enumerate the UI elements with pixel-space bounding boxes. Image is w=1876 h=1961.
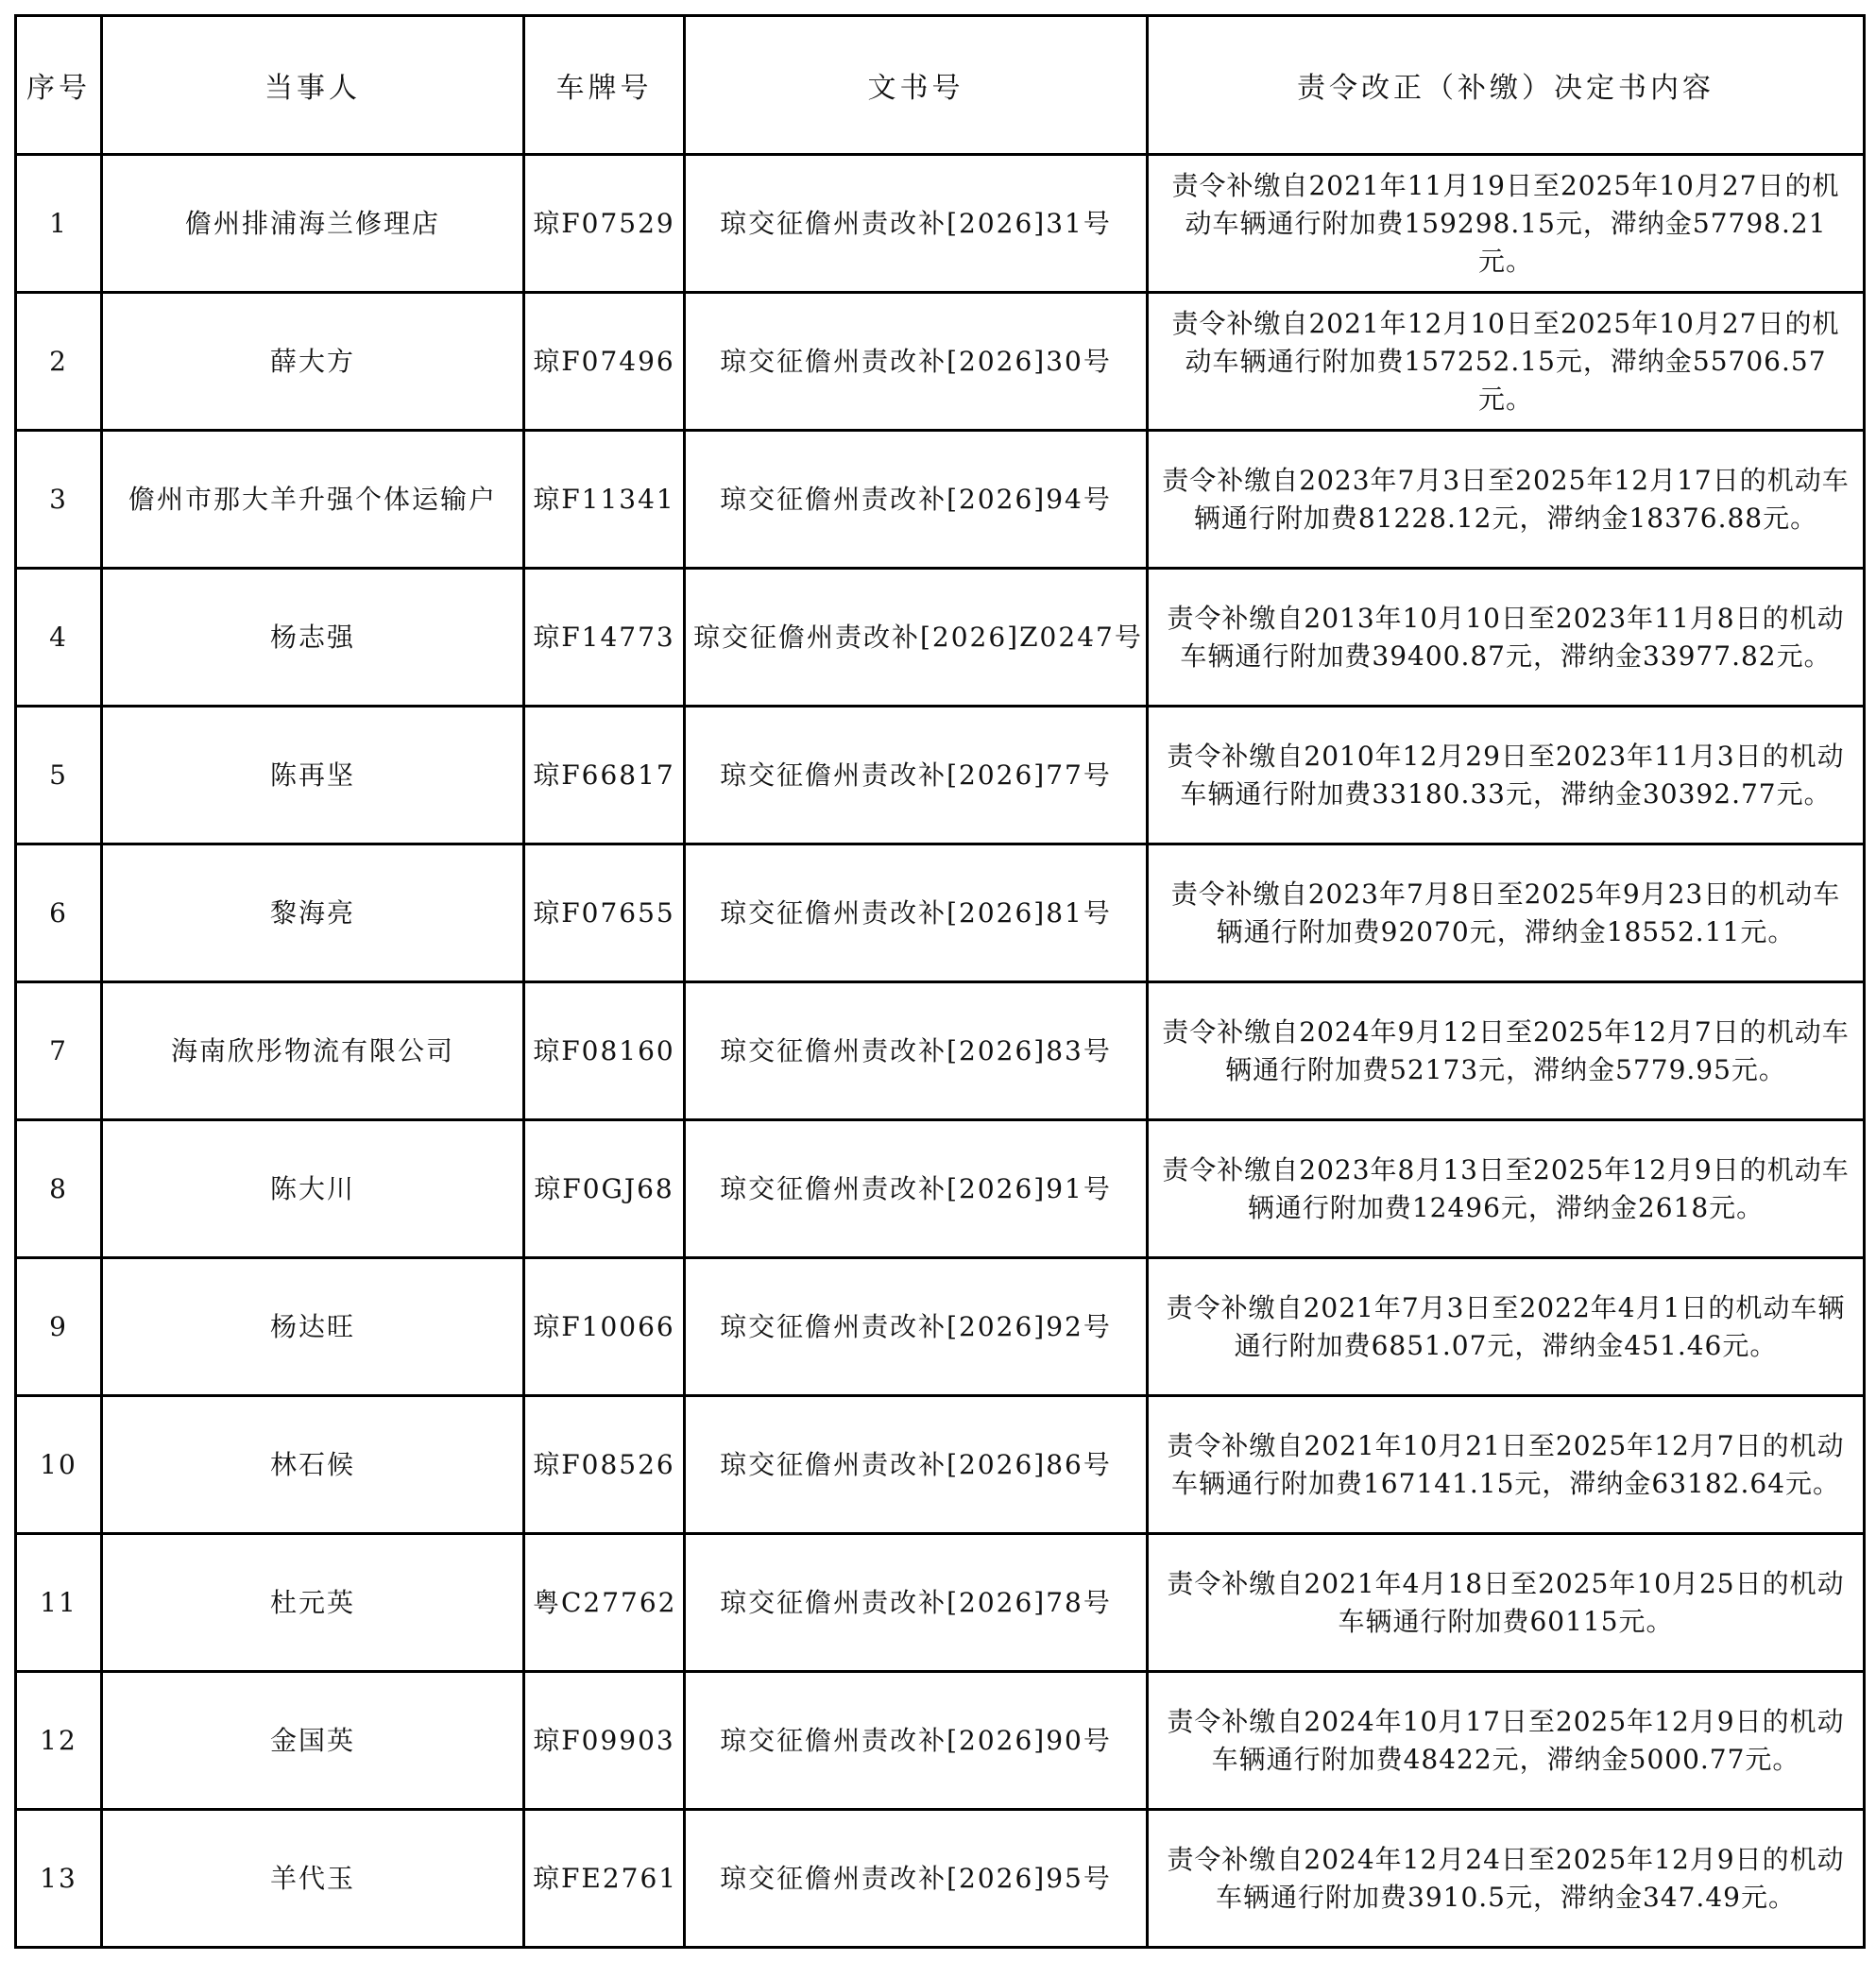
table-row: 5 陈再坚 琼F66817 琼交征儋州责改补[2026]77号 责令补缴自201…	[16, 707, 1865, 844]
cell-plate: 琼F11341	[524, 431, 685, 569]
cell-party: 杨达旺	[102, 1258, 524, 1396]
table-row: 10 林石候 琼F08526 琼交征儋州责改补[2026]86号 责令补缴自20…	[16, 1396, 1865, 1534]
cell-content: 责令补缴自2021年7月3日至2022年4月1日的机动车辆通行附加费6851.0…	[1148, 1258, 1865, 1396]
cell-index: 1	[16, 155, 102, 293]
table-row: 8 陈大川 琼F0GJ68 琼交征儋州责改补[2026]91号 责令补缴自202…	[16, 1120, 1865, 1258]
table-row: 2 薛大方 琼F07496 琼交征儋州责改补[2026]30号 责令补缴自202…	[16, 293, 1865, 431]
header-content: 责令改正（补缴）决定书内容	[1148, 16, 1865, 155]
cell-plate: 琼FE2761	[524, 1810, 685, 1948]
table-row: 12 金国英 琼F09903 琼交征儋州责改补[2026]90号 责令补缴自20…	[16, 1672, 1865, 1810]
cell-plate: 琼F08160	[524, 982, 685, 1120]
cell-index: 11	[16, 1534, 102, 1672]
cell-content: 责令补缴自2023年7月8日至2025年9月23日的机动车辆通行附加费92070…	[1148, 844, 1865, 982]
cell-index: 6	[16, 844, 102, 982]
table-header: 序号 当事人 车牌号 文书号 责令改正（补缴）决定书内容	[16, 16, 1865, 155]
cell-party: 杨志强	[102, 569, 524, 707]
table-row: 7 海南欣彤物流有限公司 琼F08160 琼交征儋州责改补[2026]83号 责…	[16, 982, 1865, 1120]
table-row: 1 儋州排浦海兰修理店 琼F07529 琼交征儋州责改补[2026]31号 责令…	[16, 155, 1865, 293]
cell-doc-no: 琼交征儋州责改补[2026]91号	[685, 1120, 1148, 1258]
cell-index: 7	[16, 982, 102, 1120]
cell-index: 2	[16, 293, 102, 431]
cell-party: 金国英	[102, 1672, 524, 1810]
cell-index: 4	[16, 569, 102, 707]
cell-plate: 琼F66817	[524, 707, 685, 844]
cell-content: 责令补缴自2024年9月12日至2025年12月7日的机动车辆通行附加费5217…	[1148, 982, 1865, 1120]
cell-doc-no: 琼交征儋州责改补[2026]Z0247号	[685, 569, 1148, 707]
cell-party: 薛大方	[102, 293, 524, 431]
cell-doc-no: 琼交征儋州责改补[2026]83号	[685, 982, 1148, 1120]
cell-index: 8	[16, 1120, 102, 1258]
cell-content: 责令补缴自2021年10月21日至2025年12月7日的机动车辆通行附加费167…	[1148, 1396, 1865, 1534]
header-party: 当事人	[102, 16, 524, 155]
table-row: 4 杨志强 琼F14773 琼交征儋州责改补[2026]Z0247号 责令补缴自…	[16, 569, 1865, 707]
cell-plate: 琼F09903	[524, 1672, 685, 1810]
cell-index: 9	[16, 1258, 102, 1396]
cell-party: 儋州排浦海兰修理店	[102, 155, 524, 293]
table-row: 9 杨达旺 琼F10066 琼交征儋州责改补[2026]92号 责令补缴自202…	[16, 1258, 1865, 1396]
cell-party: 林石候	[102, 1396, 524, 1534]
cell-content: 责令补缴自2021年12月10日至2025年10月27日的机动车辆通行附加费15…	[1148, 293, 1865, 431]
cell-doc-no: 琼交征儋州责改补[2026]81号	[685, 844, 1148, 982]
cell-party: 海南欣彤物流有限公司	[102, 982, 524, 1120]
cell-plate: 琼F14773	[524, 569, 685, 707]
cell-party: 杜元英	[102, 1534, 524, 1672]
cell-party: 儋州市那大羊升强个体运输户	[102, 431, 524, 569]
cell-index: 3	[16, 431, 102, 569]
cell-content: 责令补缴自2010年12月29日至2023年11月3日的机动车辆通行附加费331…	[1148, 707, 1865, 844]
cell-index: 12	[16, 1672, 102, 1810]
cell-plate: 琼F07496	[524, 293, 685, 431]
cell-doc-no: 琼交征儋州责改补[2026]86号	[685, 1396, 1148, 1534]
header-plate: 车牌号	[524, 16, 685, 155]
header-index: 序号	[16, 16, 102, 155]
cell-plate: 琼F10066	[524, 1258, 685, 1396]
correction-decision-table: 序号 当事人 车牌号 文书号 责令改正（补缴）决定书内容 1 儋州排浦海兰修理店…	[14, 14, 1866, 1949]
cell-doc-no: 琼交征儋州责改补[2026]78号	[685, 1534, 1148, 1672]
cell-content: 责令补缴自2024年10月17日至2025年12月9日的机动车辆通行附加费484…	[1148, 1672, 1865, 1810]
cell-index: 5	[16, 707, 102, 844]
cell-content: 责令补缴自2021年11月19日至2025年10月27日的机动车辆通行附加费15…	[1148, 155, 1865, 293]
cell-party: 陈再坚	[102, 707, 524, 844]
table-row: 13 羊代玉 琼FE2761 琼交征儋州责改补[2026]95号 责令补缴自20…	[16, 1810, 1865, 1948]
table-row: 6 黎海亮 琼F07655 琼交征儋州责改补[2026]81号 责令补缴自202…	[16, 844, 1865, 982]
table-row: 11 杜元英 粤C27762 琼交征儋州责改补[2026]78号 责令补缴自20…	[16, 1534, 1865, 1672]
cell-doc-no: 琼交征儋州责改补[2026]92号	[685, 1258, 1148, 1396]
cell-doc-no: 琼交征儋州责改补[2026]31号	[685, 155, 1148, 293]
table-body: 1 儋州排浦海兰修理店 琼F07529 琼交征儋州责改补[2026]31号 责令…	[16, 155, 1865, 1948]
cell-content: 责令补缴自2021年4月18日至2025年10月25日的机动车辆通行附加费601…	[1148, 1534, 1865, 1672]
cell-party: 黎海亮	[102, 844, 524, 982]
cell-content: 责令补缴自2024年12月24日至2025年12月9日的机动车辆通行附加费391…	[1148, 1810, 1865, 1948]
table-row: 3 儋州市那大羊升强个体运输户 琼F11341 琼交征儋州责改补[2026]94…	[16, 431, 1865, 569]
cell-content: 责令补缴自2023年8月13日至2025年12月9日的机动车辆通行附加费1249…	[1148, 1120, 1865, 1258]
cell-plate: 琼F0GJ68	[524, 1120, 685, 1258]
cell-index: 10	[16, 1396, 102, 1534]
cell-doc-no: 琼交征儋州责改补[2026]94号	[685, 431, 1148, 569]
cell-doc-no: 琼交征儋州责改补[2026]77号	[685, 707, 1148, 844]
cell-plate: 琼F07529	[524, 155, 685, 293]
cell-plate: 琼F07655	[524, 844, 685, 982]
cell-doc-no: 琼交征儋州责改补[2026]30号	[685, 293, 1148, 431]
cell-content: 责令补缴自2013年10月10日至2023年11月8日的机动车辆通行附加费394…	[1148, 569, 1865, 707]
cell-doc-no: 琼交征儋州责改补[2026]95号	[685, 1810, 1148, 1948]
header-row: 序号 当事人 车牌号 文书号 责令改正（补缴）决定书内容	[16, 16, 1865, 155]
cell-party: 陈大川	[102, 1120, 524, 1258]
cell-plate: 琼F08526	[524, 1396, 685, 1534]
cell-plate: 粤C27762	[524, 1534, 685, 1672]
cell-index: 13	[16, 1810, 102, 1948]
cell-party: 羊代玉	[102, 1810, 524, 1948]
header-doc-no: 文书号	[685, 16, 1148, 155]
cell-doc-no: 琼交征儋州责改补[2026]90号	[685, 1672, 1148, 1810]
cell-content: 责令补缴自2023年7月3日至2025年12月17日的机动车辆通行附加费8122…	[1148, 431, 1865, 569]
